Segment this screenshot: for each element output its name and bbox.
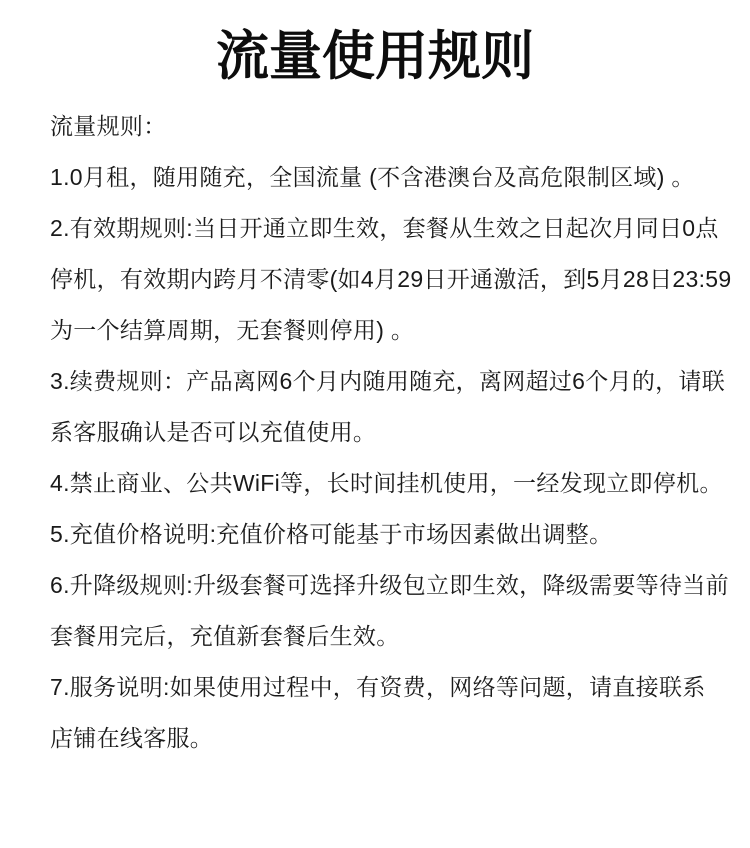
rule-line-service-1: 7.服务说明:如果使用过程中，有资费，网络等问题，请直接联系	[50, 673, 714, 724]
rule-line-renewal-2: 系客服确认是否可以充值使用。	[50, 418, 714, 469]
data-usage-rules-document: 流量使用规则 流量规则： 1.0月租，随用随充，全国流量 (不含港澳台及高危限制…	[0, 0, 750, 848]
rule-line-service-2: 店铺在线客服。	[50, 724, 714, 775]
rule-line-validity-3: 为一个结算周期，无套餐则停用) 。	[50, 316, 714, 367]
rule-line-renewal-1: 3.续费规则：产品离网6个月内随用随充，离网超过6个月的，请联	[50, 367, 714, 418]
rules-body: 流量规则： 1.0月租，随用随充，全国流量 (不含港澳台及高危限制区域) 。 2…	[0, 112, 750, 775]
rule-line-prohibited-use: 4.禁止商业、公共WiFi等，长时间挂机使用，一经发现立即停机。	[50, 469, 714, 520]
rule-line-price-notice: 5.充值价格说明:充值价格可能基于市场因素做出调整。	[50, 520, 714, 571]
rule-line-monthly-fee: 1.0月租，随用随充，全国流量 (不含港澳台及高危限制区域) 。	[50, 163, 714, 214]
rule-line-upgrade-1: 6.升降级规则:升级套餐可选择升级包立即生效，降级需要等待当前	[50, 571, 714, 622]
rule-line-validity-1: 2.有效期规则:当日开通立即生效，套餐从生效之日起次月同日0点	[50, 214, 714, 265]
rules-heading: 流量规则：	[50, 112, 714, 163]
page-title: 流量使用规则	[0, 0, 750, 88]
rule-line-upgrade-2: 套餐用完后，充值新套餐后生效。	[50, 622, 714, 673]
rule-line-validity-2: 停机，有效期内跨月不清零(如4月29日开通激活，到5月28日23:59	[50, 265, 714, 316]
